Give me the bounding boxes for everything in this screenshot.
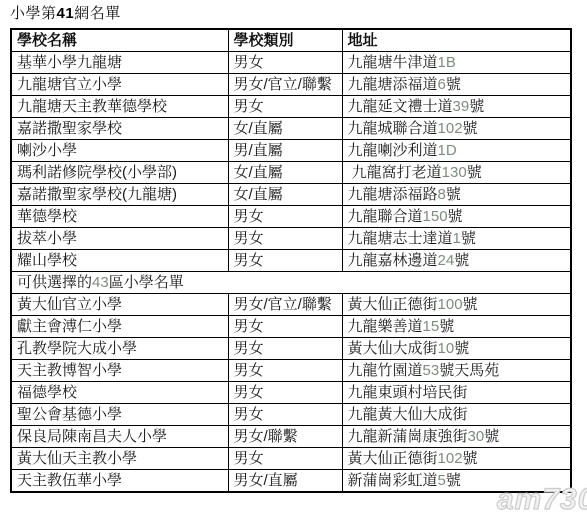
table-row: 耀山學校男女九龍嘉林邊道24號	[11, 250, 571, 272]
school-category-cell: 男女/直屬	[228, 470, 342, 493]
school-category-cell: 女/直屬	[228, 118, 342, 140]
table-body: 基華小學九龍塘男女九龍塘牛津道1B九龍塘官立小學男女/官立/聯繫九龍塘添福道6號…	[11, 52, 571, 493]
page: 小學第41網名單 學校名稱 學校類別 地址 基華小學九龍塘男女九龍塘牛津道1B九…	[0, 0, 587, 524]
school-address-cell: 黃大仙大成街10號	[342, 338, 571, 360]
table-row: 嘉諾撒聖家學校女/直屬九龍城聯合道102號	[11, 118, 571, 140]
school-address-cell: 九龍聯合道150號	[342, 206, 571, 228]
school-category-cell: 男女	[228, 338, 342, 360]
school-name-cell: 獻主會溥仁小學	[11, 316, 228, 338]
table-row: 九龍塘官立小學男女/官立/聯繫九龍塘添福道6號	[11, 74, 571, 96]
school-name-cell: 拔萃小學	[11, 228, 228, 250]
school-address-cell: 九龍延文禮士道39號	[342, 96, 571, 118]
table-row: 瑪利諾修院學校(小學部)女/直屬 九龍窩打老道130號	[11, 162, 571, 184]
table-row: 保良局陳南昌夫人小學男女/聯繫九龍新蒲崗康強街30號	[11, 426, 571, 448]
table-row: 孔教學院大成小學男女黃大仙大成街10號	[11, 338, 571, 360]
school-category-cell: 男女/官立/聯繫	[228, 74, 342, 96]
school-address-cell: 九龍城聯合道102號	[342, 118, 571, 140]
table-row: 拔萃小學男女九龍塘志士達道1號	[11, 228, 571, 250]
school-name-cell: 嘉諾撒聖家學校	[11, 118, 228, 140]
school-name-cell: 天主教博智小學	[11, 360, 228, 382]
school-category-cell: 男女/官立/聯繫	[228, 294, 342, 316]
school-category-cell: 男/直屬	[228, 140, 342, 162]
table-header-row: 學校名稱 學校類別 地址	[11, 29, 571, 52]
school-category-cell: 男女	[228, 316, 342, 338]
school-address-cell: 九龍塘添福路8號	[342, 184, 571, 206]
school-name-cell: 孔教學院大成小學	[11, 338, 228, 360]
header-school-category: 學校類別	[228, 29, 342, 52]
school-address-cell: 黃大仙正德街102號	[342, 448, 571, 470]
table-row: 福德學校男女九龍東頭村培民街	[11, 382, 571, 404]
school-address-cell: 九龍喇沙利道1D	[342, 140, 571, 162]
table-row: 黃大仙天主教小學男女黃大仙正德街102號	[11, 448, 571, 470]
header-school-name: 學校名稱	[11, 29, 228, 52]
table-row: 基華小學九龍塘男女九龍塘牛津道1B	[11, 52, 571, 74]
school-name-cell: 黃大仙官立小學	[11, 294, 228, 316]
school-name-cell: 耀山學校	[11, 250, 228, 272]
table-row: 獻主會溥仁小學男女九龍樂善道15號	[11, 316, 571, 338]
school-category-cell: 男女	[228, 448, 342, 470]
school-address-cell: 九龍塘添福道6號	[342, 74, 571, 96]
school-address-cell: 九龍東頭村培民街	[342, 382, 571, 404]
school-category-cell: 女/直屬	[228, 162, 342, 184]
page-title: 小學第41網名單	[10, 4, 121, 24]
school-address-cell: 九龍樂善道15號	[342, 316, 571, 338]
table-row: 嘉諾撒聖家學校(九龍塘)女/直屬九龍塘添福路8號	[11, 184, 571, 206]
table-row: 天主教博智小學男女九龍竹園道53號天馬苑	[11, 360, 571, 382]
school-address-cell: 九龍窩打老道130號	[342, 162, 571, 184]
school-address-cell: 九龍塘志士達道1號	[342, 228, 571, 250]
school-address-cell: 九龍竹園道53號天馬苑	[342, 360, 571, 382]
school-name-cell: 基華小學九龍塘	[11, 52, 228, 74]
school-category-cell: 男女	[228, 52, 342, 74]
school-name-cell: 九龍塘官立小學	[11, 74, 228, 96]
school-address-cell: 九龍嘉林邊道24號	[342, 250, 571, 272]
school-name-cell: 天主教伍華小學	[11, 470, 228, 493]
school-address-cell: 黃大仙正德街100號	[342, 294, 571, 316]
table-row: 九龍塘天主教華德學校男女九龍延文禮士道39號	[11, 96, 571, 118]
school-name-cell: 黃大仙天主教小學	[11, 448, 228, 470]
school-name-cell: 福德學校	[11, 382, 228, 404]
school-category-cell: 男女	[228, 228, 342, 250]
school-category-cell: 男女/聯繫	[228, 426, 342, 448]
school-name-cell: 聖公會基德小學	[11, 404, 228, 426]
school-address-cell: 新蒲崗彩虹道5號	[342, 470, 571, 493]
school-category-cell: 女/直屬	[228, 184, 342, 206]
school-category-cell: 男女	[228, 206, 342, 228]
school-category-cell: 男女	[228, 360, 342, 382]
school-address-cell: 九龍新蒲崗康強街30號	[342, 426, 571, 448]
school-name-cell: 保良局陳南昌夫人小學	[11, 426, 228, 448]
school-name-cell: 華德學校	[11, 206, 228, 228]
section-row: 可供選擇的43區小學名單	[11, 272, 571, 294]
school-name-cell: 嘉諾撒聖家學校(九龍塘)	[11, 184, 228, 206]
table-row: 天主教伍華小學男女/直屬新蒲崗彩虹道5號	[11, 470, 571, 493]
section-label: 可供選擇的43區小學名單	[11, 272, 571, 294]
school-name-cell: 瑪利諾修院學校(小學部)	[11, 162, 228, 184]
table-row: 聖公會基德小學男女九龍黃大仙大成街	[11, 404, 571, 426]
school-list-table: 學校名稱 學校類別 地址 基華小學九龍塘男女九龍塘牛津道1B九龍塘官立小學男女/…	[10, 28, 572, 493]
school-category-cell: 男女	[228, 96, 342, 118]
school-address-cell: 九龍塘牛津道1B	[342, 52, 571, 74]
table-row: 華德學校男女九龍聯合道150號	[11, 206, 571, 228]
school-name-cell: 喇沙小學	[11, 140, 228, 162]
school-category-cell: 男女	[228, 382, 342, 404]
table-row: 喇沙小學男/直屬九龍喇沙利道1D	[11, 140, 571, 162]
table-row: 黃大仙官立小學男女/官立/聯繫黃大仙正德街100號	[11, 294, 571, 316]
school-category-cell: 男女	[228, 404, 342, 426]
header-address: 地址	[342, 29, 571, 52]
school-name-cell: 九龍塘天主教華德學校	[11, 96, 228, 118]
school-address-cell: 九龍黃大仙大成街	[342, 404, 571, 426]
school-category-cell: 男女	[228, 250, 342, 272]
